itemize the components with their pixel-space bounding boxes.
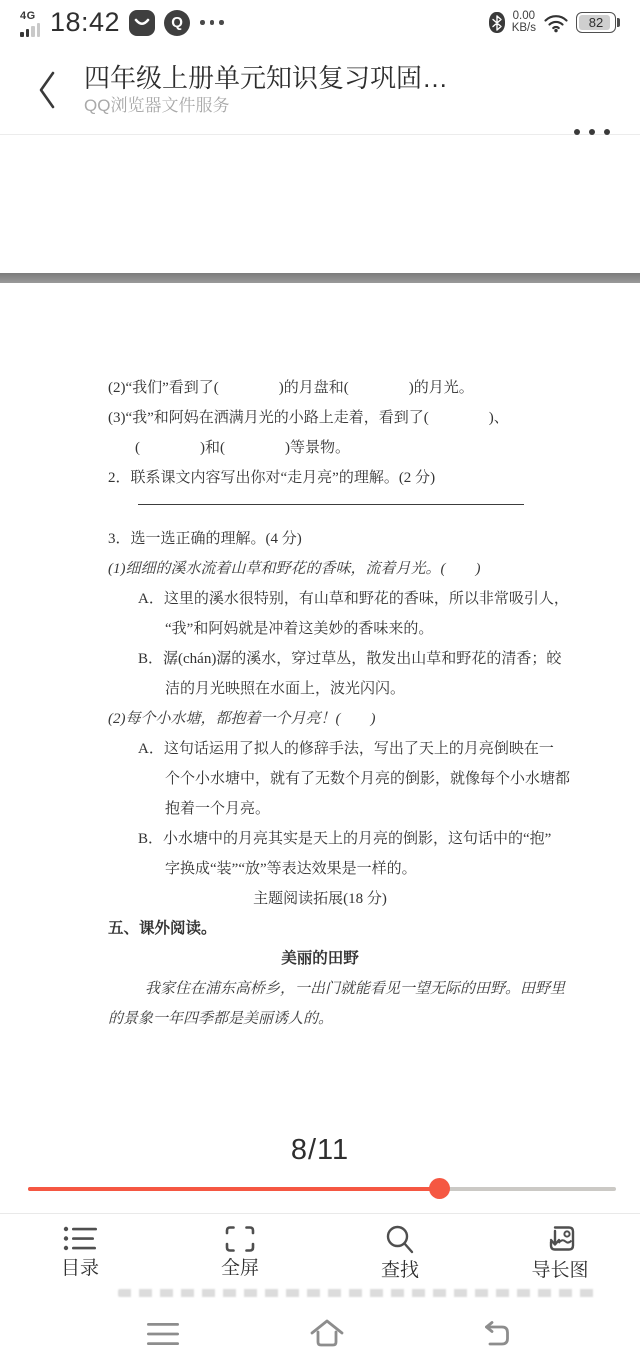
page-indicator: 8/11 <box>0 1134 640 1167</box>
search-button[interactable]: 查找 <box>320 1214 480 1287</box>
progress-slider[interactable] <box>28 1178 616 1199</box>
bottom-toolbar: 目录 全屏 查找 导长 <box>0 1213 640 1287</box>
battery-indicator: 82 <box>576 12 620 33</box>
doc-line: 的景象一年四季都是美丽诱人的。 <box>108 1004 532 1034</box>
toc-button[interactable]: 目录 <box>0 1214 160 1287</box>
bluetooth-icon <box>489 12 505 33</box>
home-button[interactable] <box>307 1316 347 1352</box>
document-lines: (2)“我们”看到了( )的月盘和( )的月光。(3)“我”和阿妈在洒满月光的小… <box>108 373 532 1034</box>
system-navbar <box>0 1298 640 1372</box>
header-titles: 四年级上册单元知识复习巩固… QQ浏览器文件服务 <box>84 63 448 116</box>
status-right-cluster: 0.00 KB/s 82 <box>489 11 620 34</box>
fullscreen-button[interactable]: 全屏 <box>160 1214 320 1287</box>
doc-line: A．这里的溪水很特别，有山草和野花的香味，所以非常吸引人， <box>108 584 532 614</box>
doc-line: 我家住在浦东高桥乡，一出门就能看见一望无际的田野。田野里 <box>108 974 532 1004</box>
doc-line: 洁的月光映照在水面上，波光闪闪。 <box>108 674 532 704</box>
export-long-image-icon <box>542 1224 578 1256</box>
doc-line: (3)“我”和阿妈在洒满月光的小路上走着，看到了( )、 <box>108 403 532 433</box>
doc-line: “我”和阿妈就是冲着这美妙的香味来的。 <box>108 614 532 644</box>
battery-nub <box>617 18 620 27</box>
network-speed: 0.00 KB/s <box>512 11 536 34</box>
recents-menu-button[interactable] <box>143 1316 183 1352</box>
qq-browser-notification-icon: Q <box>164 10 190 36</box>
doc-line: 主题阅读拓展(18 分) <box>108 884 532 914</box>
toc-label: 目录 <box>61 1258 99 1280</box>
page-separator <box>0 273 640 283</box>
back-arrow-icon <box>480 1320 514 1348</box>
doc-line: 3．选一选正确的理解。(4 分) <box>108 524 532 554</box>
screen: 4G 18:42 Q 0.00 KB/s <box>0 0 640 1372</box>
signal-bars-icon <box>20 23 40 37</box>
doc-line: B．潺(chán)潺的溪水，穿过草丛，散发出山草和野花的清香；皎 <box>108 644 532 674</box>
home-icon <box>307 1318 347 1350</box>
document-title: 四年级上册单元知识复习巩固… <box>84 63 448 93</box>
doc-line: 字换成“装”“放”等表达效果是一样的。 <box>108 854 532 884</box>
recents-menu-icon <box>145 1320 181 1348</box>
cell-signal-icon: 4G <box>20 11 40 37</box>
export-long-image-label: 导长图 <box>531 1260 588 1282</box>
doc-viewer-header: 四年级上册单元知识复习巩固… QQ浏览器文件服务 <box>0 45 640 135</box>
ghost-text <box>118 1289 596 1297</box>
progress-fill <box>28 1187 440 1191</box>
wifi-icon <box>543 13 569 33</box>
back-button[interactable] <box>34 69 60 111</box>
network-type-label: 4G <box>20 11 36 22</box>
doc-line: ( )和( )等景物。 <box>108 433 532 463</box>
fullscreen-label: 全屏 <box>221 1258 259 1280</box>
battery-percent: 82 <box>589 15 603 30</box>
battery-icon: 82 <box>576 12 616 33</box>
document-page: (2)“我们”看到了( )的月盘和( )的月光。(3)“我”和阿妈在洒满月光的小… <box>0 283 640 1134</box>
qq-letter: Q <box>171 15 183 30</box>
doc-line: (2)每个小水塘，都抱着一个月亮！( ) <box>108 704 532 734</box>
speed-value: 0.00 <box>512 11 536 23</box>
notification-overflow-icon <box>200 20 224 25</box>
doc-line: 抱着一个月亮。 <box>108 794 532 824</box>
search-label: 查找 <box>381 1260 419 1282</box>
status-bar: 4G 18:42 Q 0.00 KB/s <box>0 0 640 45</box>
more-menu-button[interactable] <box>574 129 610 135</box>
fullscreen-icon <box>224 1224 256 1254</box>
doc-line: (1)细细的溪水流着山草和野花的香味，流着月光。( ) <box>108 554 532 584</box>
progress-thumb[interactable] <box>429 1178 450 1199</box>
export-long-image-button[interactable]: 导长图 <box>480 1214 640 1287</box>
doc-line: 个个小水塘中，就有了无数个月亮的倒影，就像每个小水塘都 <box>108 764 532 794</box>
speed-unit: KB/s <box>512 23 536 35</box>
back-nav-button[interactable] <box>477 1316 517 1352</box>
document-source: QQ浏览器文件服务 <box>84 96 448 116</box>
search-icon <box>384 1224 416 1256</box>
status-time: 18:42 <box>50 7 120 38</box>
doc-line: 五、课外阅读。 <box>108 914 532 944</box>
doc-line: 2．联系课文内容写出你对“走月亮”的理解。(2 分) <box>108 463 532 493</box>
doc-line: (2)“我们”看到了( )的月盘和( )的月光。 <box>108 373 532 403</box>
doc-line: B．小水塘中的月亮其实是天上的月亮的倒影，这句话中的“抱” <box>108 824 532 854</box>
toc-icon <box>62 1224 98 1254</box>
doc-line: A．这句话运用了拟人的修辞手法，写出了天上的月亮倒映在一 <box>108 734 532 764</box>
vivo-store-notification-icon <box>129 10 155 36</box>
doc-line: 美丽的田野 <box>108 944 532 974</box>
answer-blank-line <box>138 504 524 505</box>
